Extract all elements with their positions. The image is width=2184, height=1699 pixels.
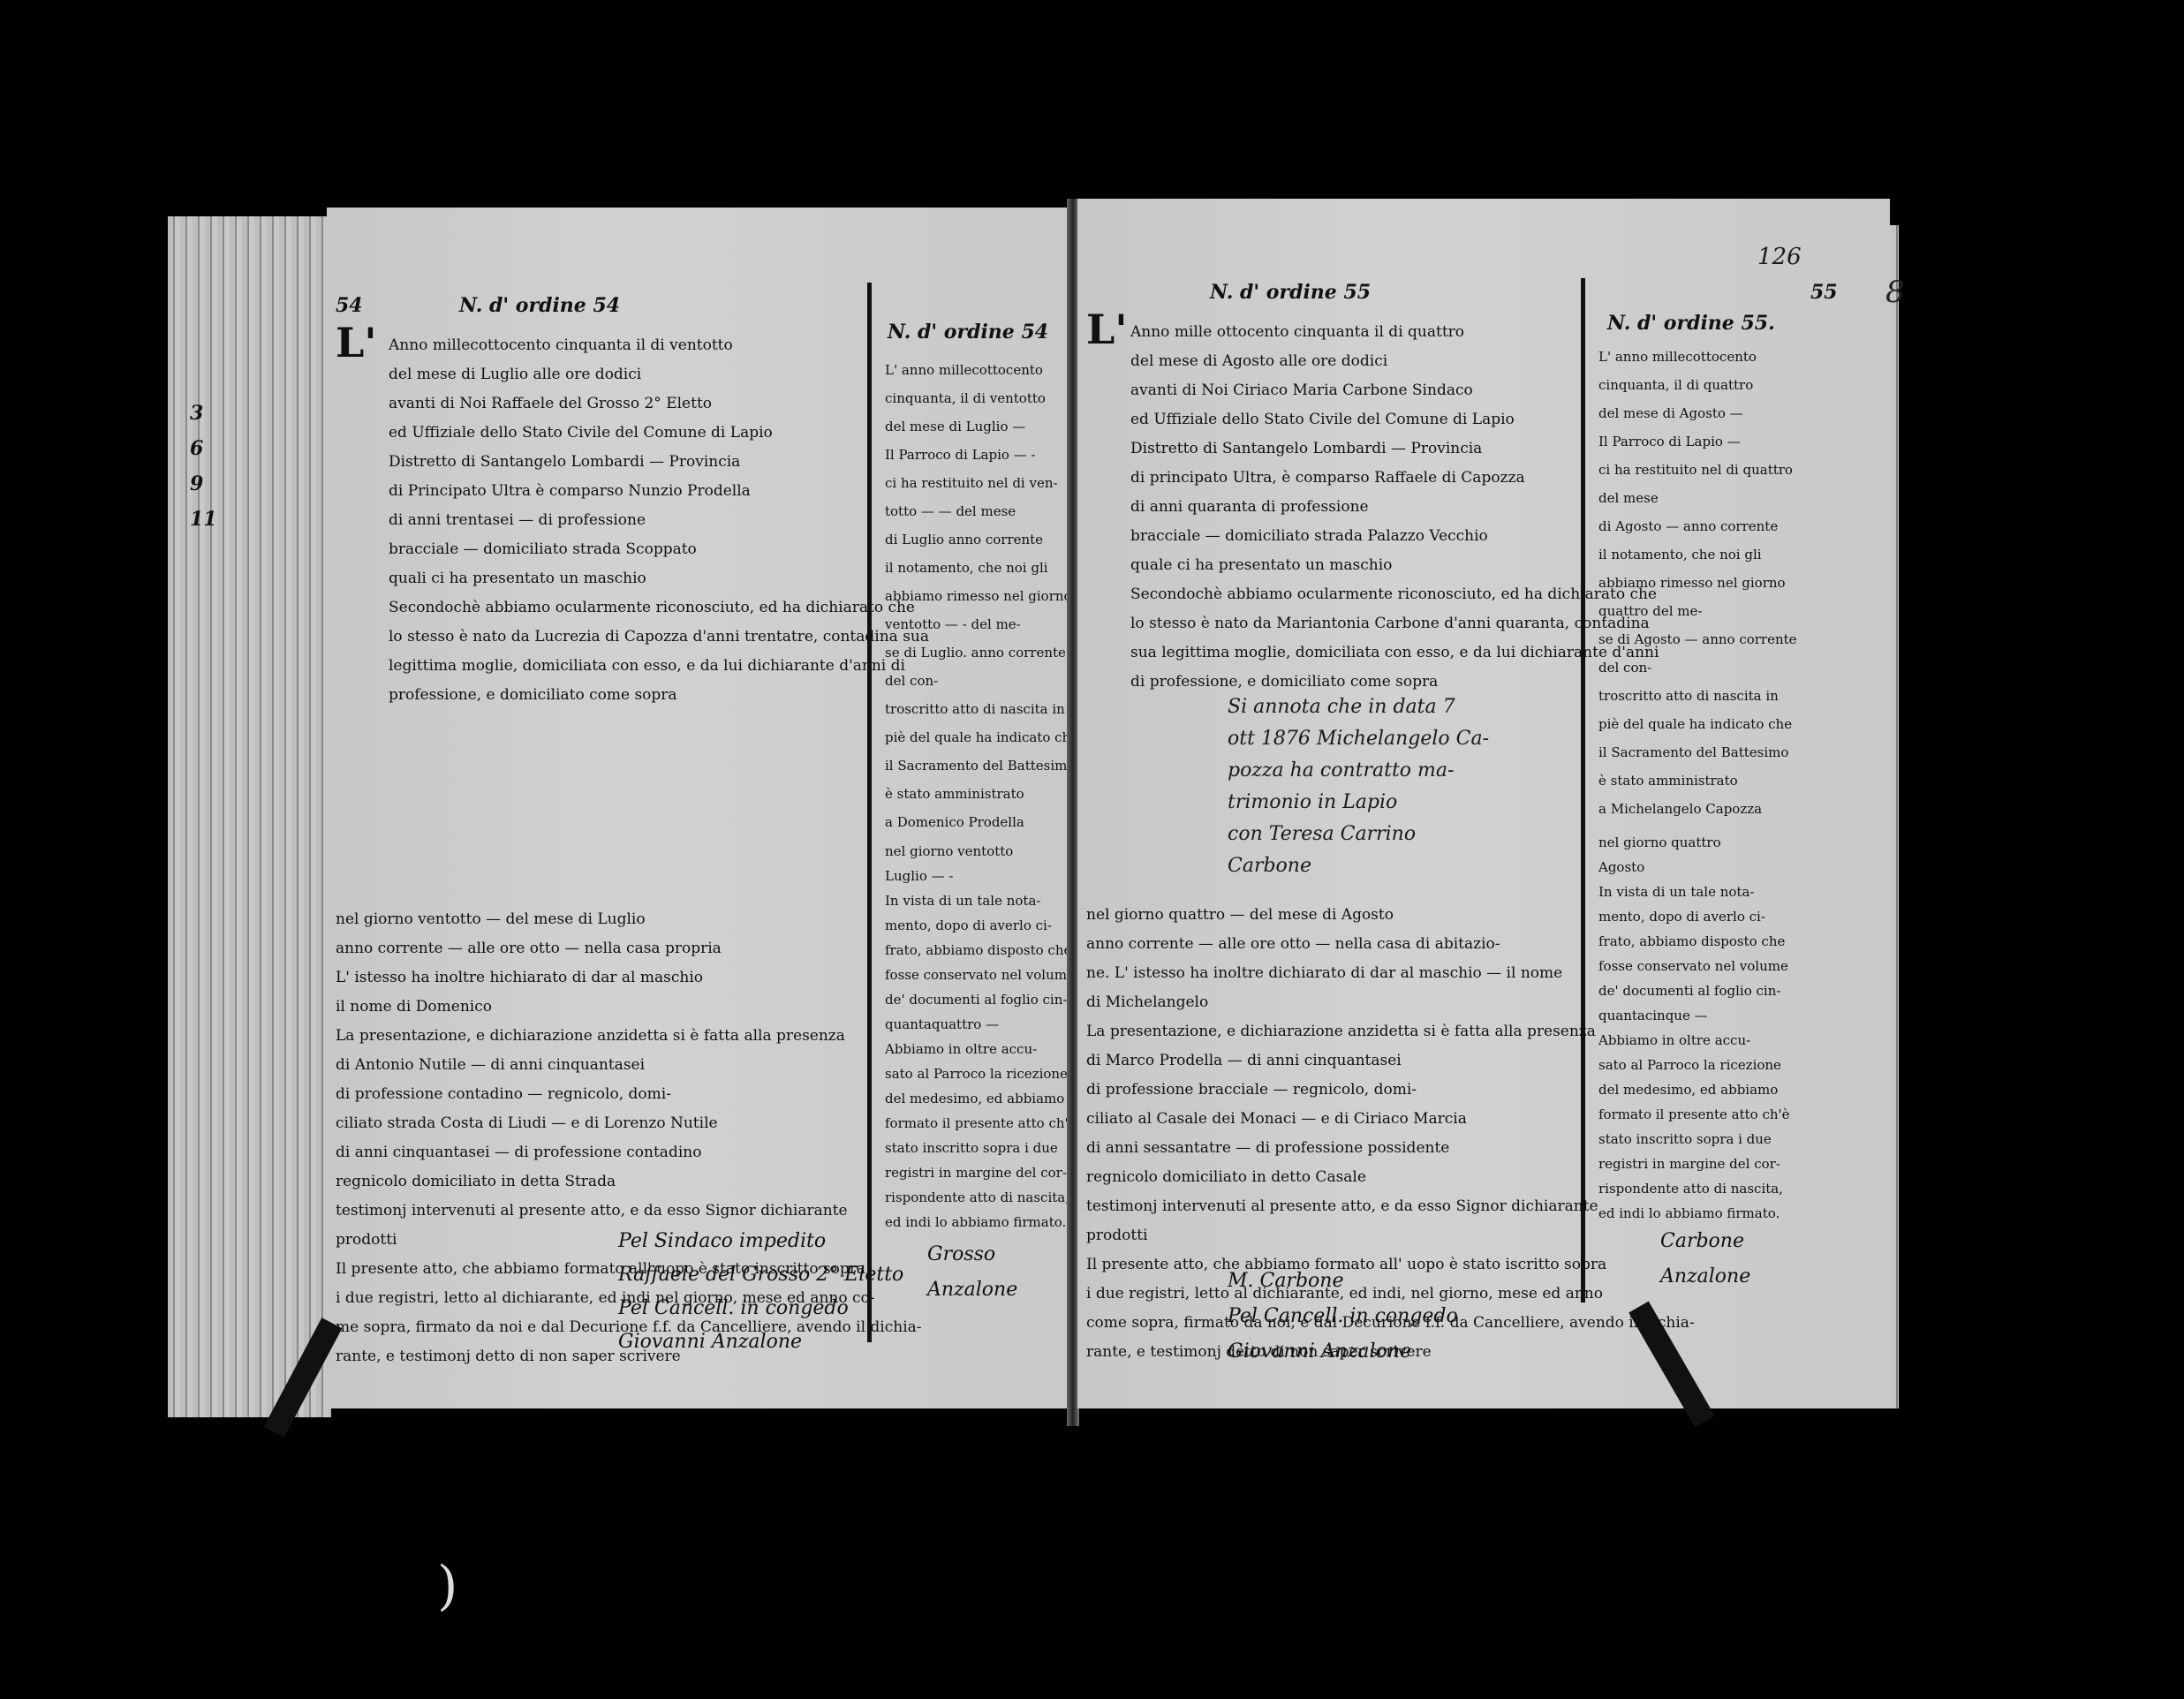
annotation-line: ott 1876 Michelangelo Ca-	[1228, 729, 1489, 749]
record-line: testimonj intervenuti al presente atto, …	[336, 1201, 848, 1220]
record-line: di anni quaranta di professione	[1130, 497, 1369, 517]
record-line: La presentazione, e dichiarazione anzide…	[336, 1026, 845, 1046]
drop-cap: L'	[336, 322, 376, 363]
record-line: La presentazione, e dichiarazione anzide…	[1086, 1022, 1596, 1041]
column-line: Agosto	[1598, 859, 1644, 876]
record-line: ne. L' istesso ha inoltre dichiarato di …	[1086, 963, 1562, 983]
signature: Pel Cancell. in congedo	[618, 1299, 849, 1318]
column-line: de' documenti al foglio cin-	[1598, 983, 1780, 1000]
page-number: 55	[1810, 283, 1838, 302]
drop-cap: L'	[1086, 309, 1127, 350]
signature: M. Carbone	[1228, 1272, 1344, 1291]
annotation-line: trimonio in Lapio	[1228, 793, 1397, 812]
signature: Giovanni Anzalone	[618, 1333, 802, 1352]
margin-number: 11	[190, 508, 217, 531]
record-line: di Antonio Nutile — di anni cinquantasei	[336, 1055, 645, 1075]
column-line: il notamento, che noi gli	[885, 560, 1048, 577]
record-line: ed Uffiziale dello Stato Civile del Comu…	[389, 423, 773, 442]
edge-mark: 8	[1885, 283, 1905, 302]
column-line: fosse conservato nel volume	[885, 967, 1075, 984]
record-line: anno corrente — alle ore otto — nella ca…	[1086, 934, 1500, 954]
column-line: sato al Parroco la ricezione	[1598, 1057, 1781, 1074]
column-line: frato, abbiamo disposto che	[885, 942, 1071, 959]
right-page: N. d' ordine 55 126 55 L' Anno mille ott…	[1077, 199, 1890, 1408]
column-line: stato inscritto sopra i due	[885, 1140, 1058, 1157]
margin-number: 3	[190, 402, 203, 425]
signature: Giovanni Anzalone	[1228, 1342, 1411, 1362]
record-line: bracciale — domiciliato strada Scoppato	[389, 540, 697, 559]
column-line: abbiamo rimesso nel giorno	[1598, 575, 1786, 592]
record-header: N. d' ordine 55	[1210, 283, 1371, 302]
record-line: regnicolo domiciliato in detta Strada	[336, 1172, 616, 1191]
record-line: Secondochè abbiamo ocularmente riconosci…	[389, 598, 915, 617]
column-line: stato inscritto sopra i due	[1598, 1131, 1772, 1148]
column-line: cinquanta, il di ventotto	[885, 390, 1046, 407]
record-line: professione, e domiciliato come sopra	[389, 685, 677, 705]
record-line: di anni trentasei — di professione	[389, 510, 646, 530]
record-line: di professione contadino — regnicolo, do…	[336, 1084, 671, 1104]
column-line: del mese	[1598, 490, 1659, 507]
column-line: mento, dopo di averlo ci-	[885, 917, 1052, 934]
record-line: sua legittima moglie, domiciliata con es…	[1130, 643, 1659, 662]
record-line: anno corrente — alle ore otto — nella ca…	[336, 939, 722, 958]
column-line: del mese di Agosto —	[1598, 405, 1743, 422]
column-rule	[867, 283, 872, 1342]
record-line: prodotti	[336, 1230, 397, 1250]
record-line: avanti di Noi Raffaele del Grosso 2° Ele…	[389, 394, 712, 413]
page-number: 54	[336, 296, 363, 315]
column-line: totto — — del mese	[885, 503, 1016, 520]
record-line: del mese di Agosto alle ore dodici	[1130, 351, 1387, 371]
column-line: ed indi lo abbiamo firmato.	[1598, 1205, 1780, 1222]
side-column-header: N. d' ordine 54	[888, 322, 1048, 342]
record-line: Secondochè abbiamo ocularmente riconosci…	[1130, 585, 1657, 604]
column-line: quantaquattro —	[885, 1016, 999, 1033]
left-page-stack-edge	[168, 216, 331, 1417]
column-line: del medesimo, ed abbiamo	[1598, 1082, 1778, 1099]
record-line: Anno mille ottocento cinquanta il di qua…	[1130, 322, 1464, 342]
column-line: se di Agosto — anno corrente	[1598, 631, 1797, 648]
record-line: regnicolo domiciliato in detto Casale	[1086, 1167, 1366, 1187]
record-line: di Michelangelo	[1086, 993, 1208, 1012]
column-line: formato il presente atto ch'è	[1598, 1106, 1790, 1123]
record-line: di anni sessantatre — di professione pos…	[1086, 1138, 1449, 1158]
record-line: ciliato al Casale dei Monaci — e di Ciri…	[1086, 1109, 1467, 1129]
record-line: bracciale — domiciliato strada Palazzo V…	[1130, 526, 1488, 546]
column-line: è stato amministrato	[885, 786, 1024, 803]
record-line: nel giorno ventotto — del mese di Luglio	[336, 910, 646, 929]
folio-number: 126	[1757, 247, 1802, 267]
record-line: di professione, e domiciliato come sopra	[1130, 672, 1438, 691]
column-line: a Michelangelo Capozza	[1598, 801, 1762, 818]
signature: Pel Sindaco impedito	[618, 1232, 826, 1251]
column-line: del con-	[885, 673, 938, 690]
signature: Anzalone	[927, 1280, 1017, 1300]
column-line: Abbiamo in oltre accu-	[885, 1041, 1037, 1058]
record-line: di anni cinquantasei — di professione co…	[336, 1143, 701, 1162]
record-line: di principato Ultra, è comparso Raffaele…	[1130, 468, 1525, 487]
annotation-line: con Teresa Carrino	[1228, 825, 1416, 844]
record-line: Il presente atto, che abbiamo formato al…	[1086, 1255, 1606, 1274]
record-line: di Principato Ultra è comparso Nunzio Pr…	[389, 481, 751, 501]
signature: Carbone	[1660, 1232, 1744, 1251]
left-page: 54 N. d' ordine 54 L' Anno millecottocen…	[327, 208, 1069, 1408]
column-line: a Domenico Prodella	[885, 814, 1024, 831]
column-line: piè del quale ha indicato che	[885, 729, 1078, 746]
record-line: del mese di Luglio alle ore dodici	[389, 365, 641, 384]
column-line: piè del quale ha indicato che	[1598, 716, 1792, 733]
record-line: L' istesso ha inoltre hichiarato di dar …	[336, 968, 703, 987]
signature: Anzalone	[1660, 1267, 1750, 1287]
column-line: abbiamo rimesso nel giorno	[885, 588, 1072, 605]
column-line: quantacinque —	[1598, 1008, 1708, 1024]
record-line: il nome di Domenico	[336, 997, 492, 1016]
record-line: Anno millecottocento cinquanta il di ven…	[389, 336, 733, 355]
record-line: i due registri, letto al dichiarante, ed…	[1086, 1284, 1603, 1303]
column-line: di Agosto — anno corrente	[1598, 518, 1778, 535]
record-header: N. d' ordine 54	[459, 296, 620, 315]
record-line: quale ci ha presentato un maschio	[1130, 555, 1392, 575]
column-line: del medesimo, ed abbiamo	[885, 1091, 1064, 1107]
column-line: frato, abbiamo disposto che	[1598, 933, 1785, 950]
column-line: In vista di un tale nota-	[885, 893, 1040, 910]
column-line: de' documenti al foglio cin-	[885, 992, 1067, 1008]
column-line: ci ha restituito nel di quattro	[1598, 462, 1793, 479]
column-line: il Sacramento del Battesimo	[1598, 744, 1788, 761]
record-line: lo stesso è nato da Mariantonia Carbone …	[1130, 614, 1650, 633]
column-rule	[1581, 278, 1585, 1303]
record-line: lo stesso è nato da Lucrezia di Capozza …	[389, 627, 929, 646]
column-line: In vista di un tale nota-	[1598, 884, 1754, 901]
signature: Raffaele del Grosso 2° Eletto	[618, 1265, 903, 1285]
margin-number: 9	[190, 472, 203, 495]
record-line: quali ci ha presentato un maschio	[389, 569, 646, 588]
column-line: del con-	[1598, 660, 1651, 676]
bottom-mark: )	[437, 1576, 457, 1596]
margin-number: 6	[190, 437, 203, 460]
column-line: ci ha restituito nel di ven-	[885, 475, 1058, 492]
signature: Grosso	[927, 1245, 995, 1265]
column-line: formato il presente atto ch'è	[885, 1115, 1077, 1132]
column-line: ventotto — - del me-	[885, 616, 1021, 633]
column-line: il notamento, che noi gli	[1598, 547, 1762, 563]
record-line: di Marco Prodella — di anni cinquantasei	[1086, 1051, 1402, 1070]
column-line: quattro del me-	[1598, 603, 1702, 620]
column-line: L' anno millecottocento	[885, 362, 1043, 379]
record-line: legittima moglie, domiciliata con esso, …	[389, 656, 905, 676]
column-line: troscritto atto di nascita in	[1598, 688, 1779, 705]
column-line: nel giorno ventotto	[885, 843, 1013, 860]
side-column-header: N. d' ordine 55.	[1607, 313, 1775, 333]
column-line: fosse conservato nel volume	[1598, 958, 1788, 975]
column-line: cinquanta, il di quattro	[1598, 377, 1753, 394]
column-line: nel giorno quattro	[1598, 834, 1721, 851]
column-line: troscritto atto di nascita in	[885, 701, 1065, 718]
column-line: Luglio — -	[885, 868, 953, 885]
annotation-line: pozza ha contratto ma-	[1228, 761, 1454, 781]
column-line: registri in margine del cor-	[1598, 1156, 1780, 1173]
column-line: rispondente atto di nascita,	[1598, 1181, 1783, 1197]
record-line: nel giorno quattro — del mese di Agosto	[1086, 905, 1394, 925]
signature: Pel Cancell. in congedo	[1228, 1307, 1458, 1326]
record-line: ciliato strada Costa di Liudi — e di Lor…	[336, 1114, 718, 1133]
record-line: avanti di Noi Ciriaco Maria Carbone Sind…	[1130, 381, 1473, 400]
column-line: di Luglio anno corrente	[885, 532, 1043, 548]
open-register-book: 54 N. d' ordine 54 L' Anno millecottocen…	[168, 199, 1899, 1435]
column-line: se di Luglio. anno corrente	[885, 645, 1066, 661]
record-line: testimonj intervenuti al presente atto, …	[1086, 1197, 1598, 1216]
record-line: Distretto di Santangelo Lombardi — Provi…	[389, 452, 740, 472]
column-line: sato al Parroco la ricezione	[885, 1066, 1068, 1083]
record-line: Distretto di Santangelo Lombardi — Provi…	[1130, 439, 1482, 458]
column-line: ed indi lo abbiamo firmato.	[885, 1214, 1066, 1231]
annotation-line: Si annota che in data 7	[1228, 698, 1455, 717]
column-line: del mese di Luglio —	[885, 419, 1025, 435]
column-line: L' anno millecottocento	[1598, 349, 1757, 366]
annotation-line: Carbone	[1228, 857, 1311, 876]
column-line: è stato amministrato	[1598, 773, 1738, 789]
column-line: il Sacramento del Battesimo	[885, 758, 1075, 774]
column-line: Abbiamo in oltre accu-	[1598, 1032, 1750, 1049]
record-line: di professione bracciale — regnicolo, do…	[1086, 1080, 1417, 1099]
column-line: Il Parroco di Lapio —	[1598, 434, 1741, 450]
column-line: mento, dopo di averlo ci-	[1598, 909, 1765, 925]
record-line: prodotti	[1086, 1226, 1147, 1245]
record-line: ed Uffiziale dello Stato Civile del Comu…	[1130, 410, 1515, 429]
column-line: Il Parroco di Lapio — -	[885, 447, 1036, 464]
column-line: registri in margine del cor-	[885, 1165, 1067, 1182]
column-line: rispondente atto di nascita,	[885, 1189, 1069, 1206]
